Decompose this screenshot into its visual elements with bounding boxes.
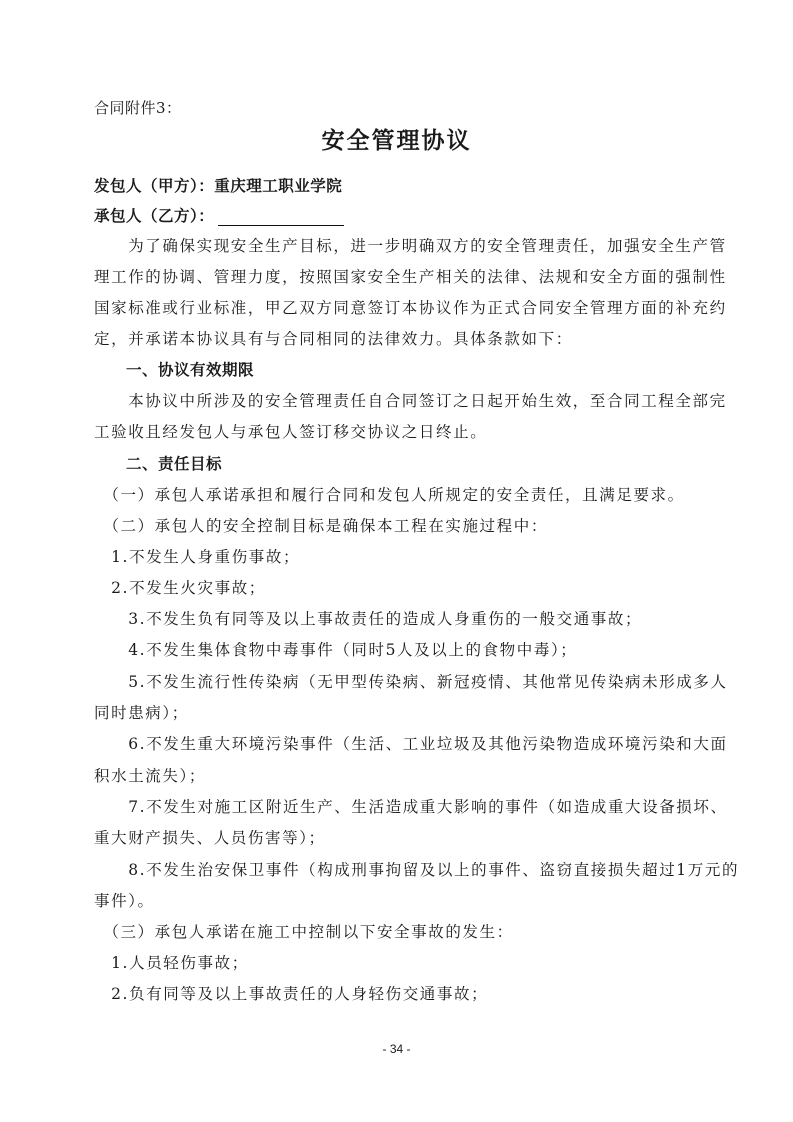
intro-line: 为了确保实现安全生产目标，进一步明确双方的安全管理责任，加强安全生产管 <box>94 236 700 256</box>
intro-line: 国家标准或行业标准，甲乙双方同意签订本协议作为正式合同安全管理方面的补充约 <box>94 298 700 318</box>
list-item: 积水土流失）； <box>94 766 700 786</box>
party-b-label: 承包人（乙方）： <box>94 207 214 225</box>
section-line: 工验收且经发包人与承包人签订移交协议之日终止。 <box>94 422 700 442</box>
list-item: 3.不发生负有同等及以上事故责任的造成人身重伤的一般交通事故； <box>94 609 700 629</box>
section-line: （二）承包人的安全控制目标是确保本工程在实施过程中： <box>94 516 700 536</box>
list-item: 7.不发生对施工区附近生产、生活造成重大影响的事件（如造成重大设备损坏、 <box>94 797 700 817</box>
list-item: 2.不发生火灾事故； <box>94 578 700 598</box>
list-item: 5.不发生流行性传染病（无甲型传染病、新冠疫情、其他常见传染病未形成多人 <box>94 672 700 692</box>
list-item: 6.不发生重大环境污染事件（生活、工业垃圾及其他污染物造成环境污染和大面 <box>94 734 700 754</box>
section-line: 本协议中所涉及的安全管理责任自合同签订之日起开始生效，至合同工程全部完 <box>94 391 700 411</box>
party-b-blank-field <box>218 209 344 226</box>
section-heading-validity: 一、协议有效期限 <box>94 360 700 380</box>
section-line: （一）承包人承诺承担和履行合同和发包人所规定的安全责任，且满足要求。 <box>94 485 700 505</box>
list-item: 重大财产损失、人员伤害等）； <box>94 828 700 848</box>
list-item: 2.负有同等及以上事故责任的人身轻伤交通事故； <box>94 984 700 1004</box>
list-item: 4.不发生集体食物中毒事件（同时5人及以上的食物中毒）； <box>94 640 700 660</box>
page-number: - 34 - <box>0 1042 793 1056</box>
section-heading-goals: 二、责任目标 <box>94 454 700 474</box>
party-a-value: 重庆理工职业学院 <box>214 177 342 195</box>
section-line: （三）承包人承诺在施工中控制以下安全事故的发生： <box>94 922 700 942</box>
list-item: 同时患病）； <box>94 703 700 723</box>
intro-line: 理工作的协调、管理力度，按照国家安全生产相关的法律、法规和安全方面的强制性 <box>94 267 700 287</box>
party-b: 承包人（乙方）： <box>94 206 700 226</box>
list-item: 1.不发生人身重伤事故； <box>94 547 700 567</box>
list-item: 1.人员轻伤事故； <box>94 953 700 973</box>
intro-line: 定，并承诺本协议具有与合同相同的法律效力。具体条款如下： <box>94 329 700 349</box>
party-a-label: 发包人（甲方）： <box>94 177 214 195</box>
party-a: 发包人（甲方）：重庆理工职业学院 <box>94 176 700 196</box>
document-page: 合同附件3： 安全管理协议 发包人（甲方）：重庆理工职业学院 承包人（乙方）： … <box>0 0 793 1122</box>
list-item: 事件）。 <box>94 891 700 911</box>
document-title: 安全管理协议 <box>0 126 793 156</box>
list-item: 8.不发生治安保卫事件（构成刑事拘留及以上的事件、盗窃直接损失超过1万元的 <box>94 860 700 880</box>
attachment-label: 合同附件3： <box>94 98 700 118</box>
